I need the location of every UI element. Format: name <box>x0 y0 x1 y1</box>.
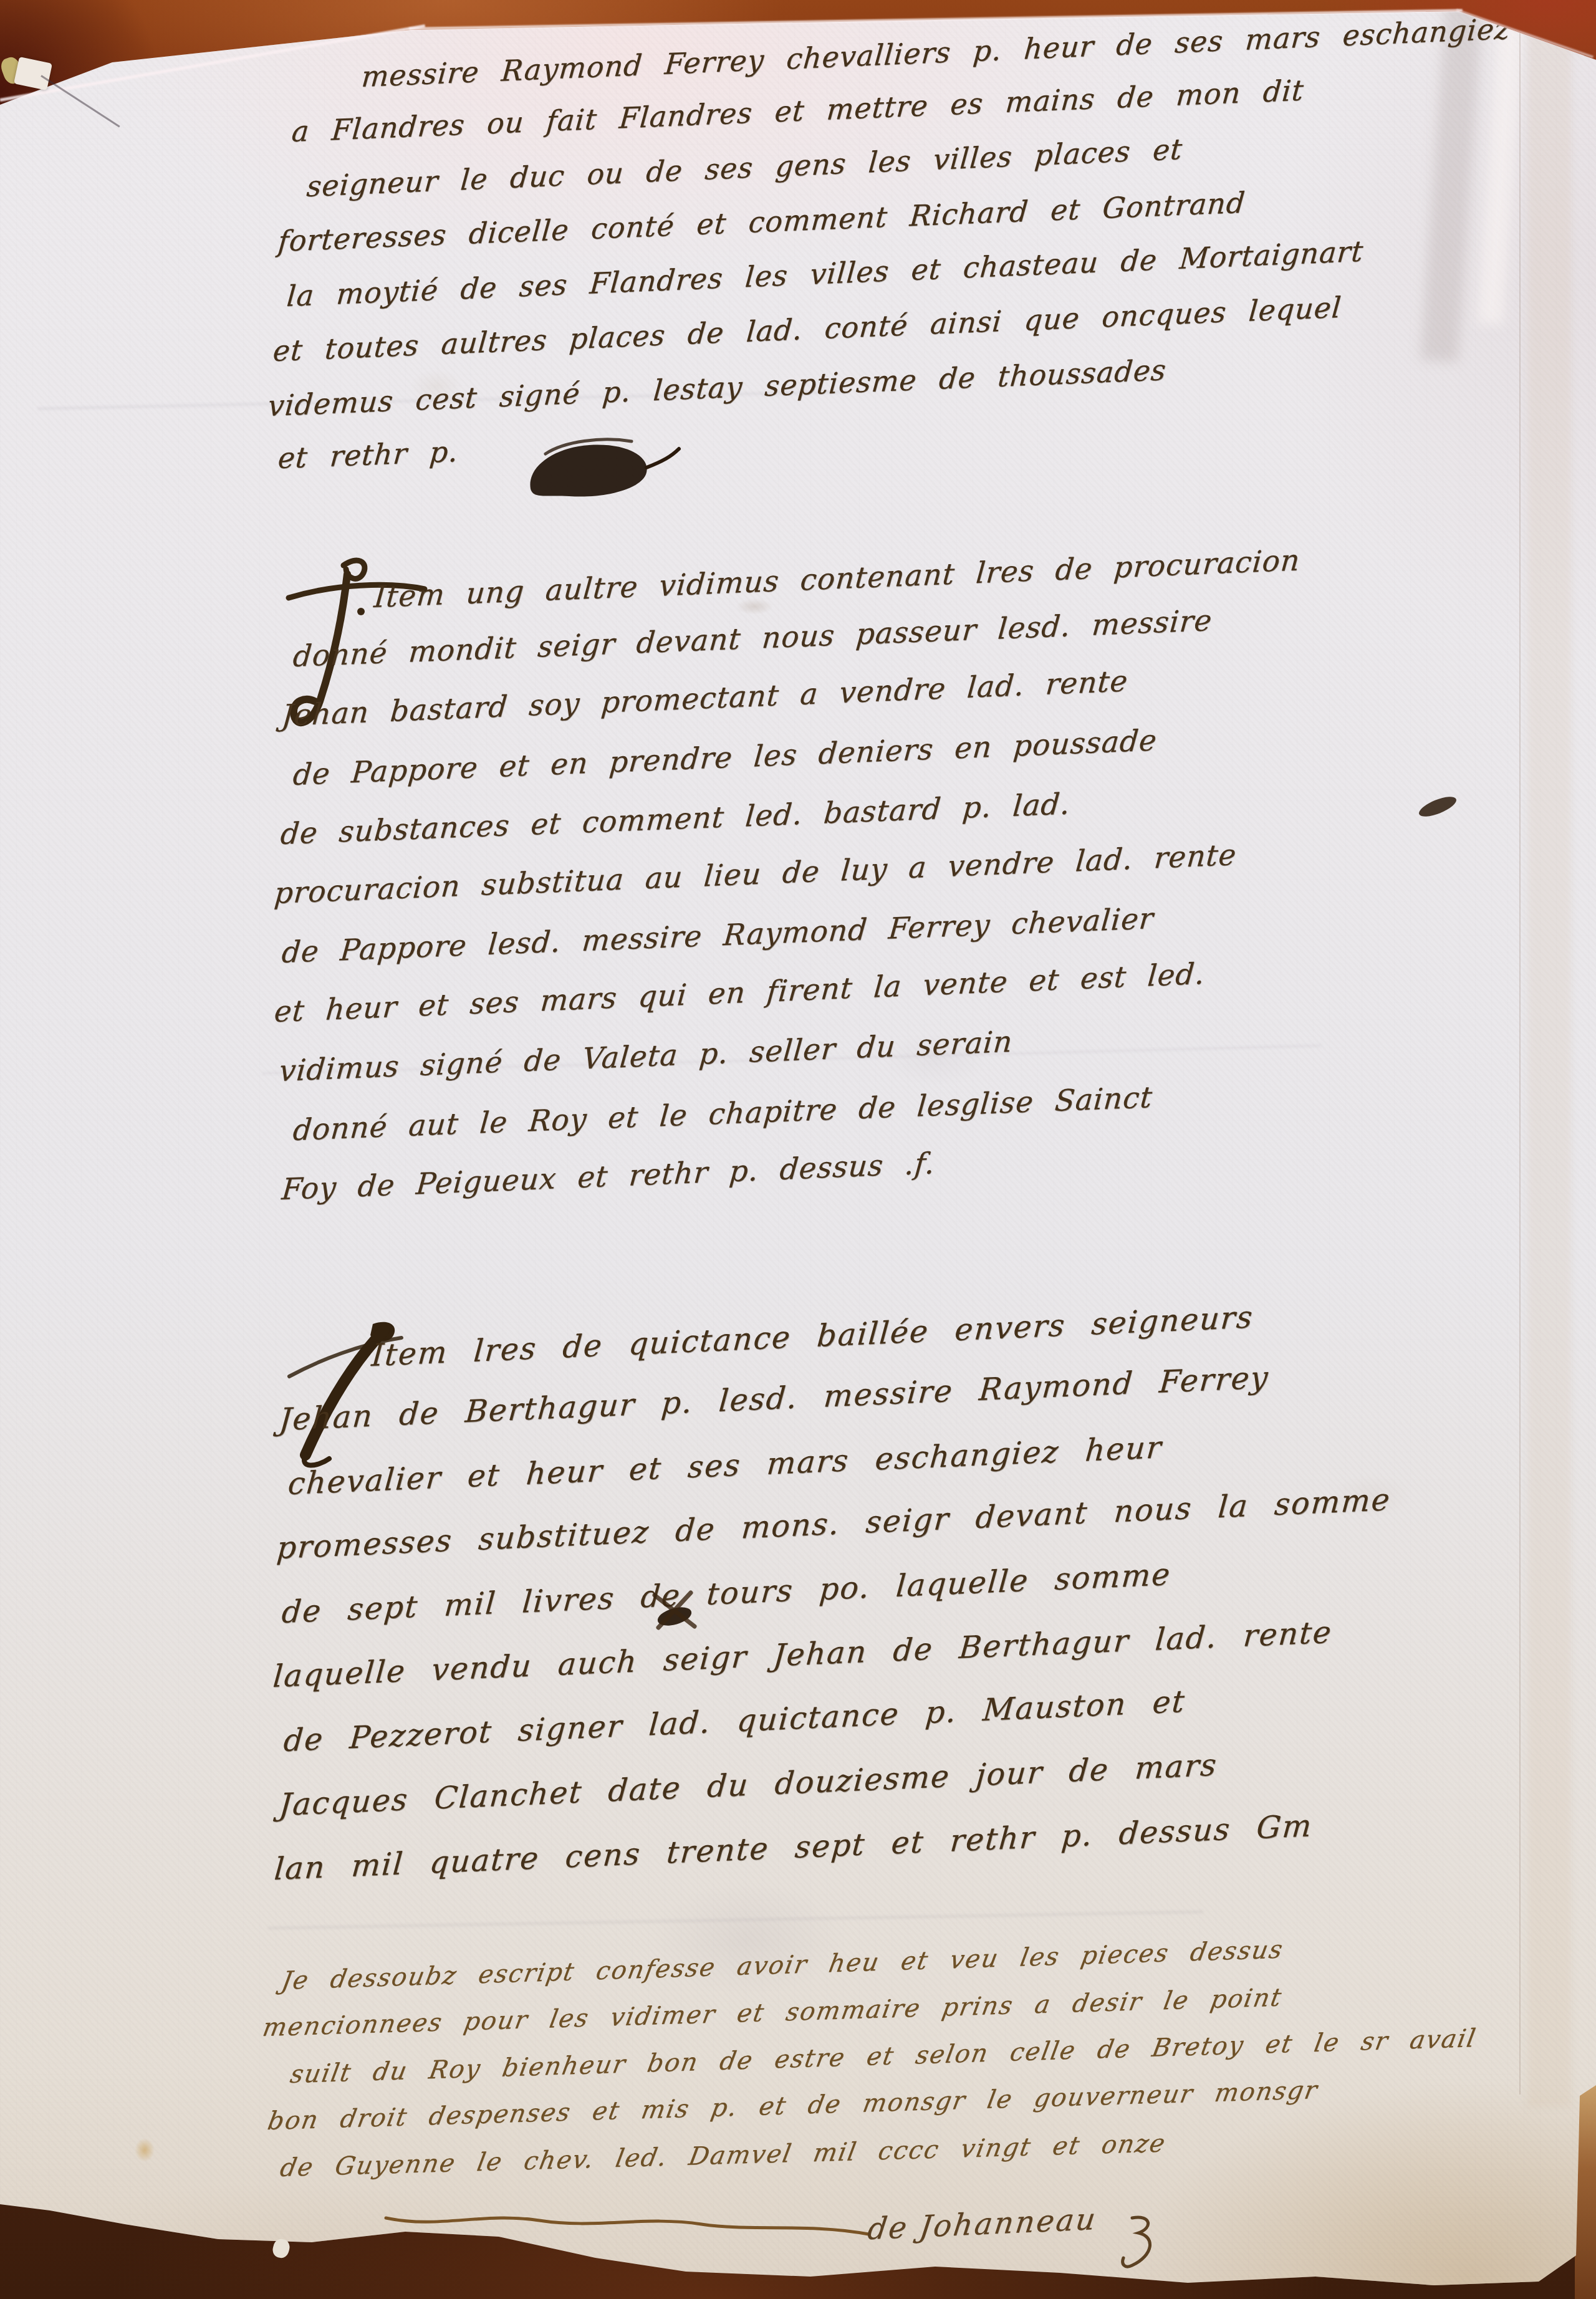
fold-tan-band <box>1527 0 1571 2107</box>
vertical-fold-crease <box>1519 0 1521 2095</box>
paraph-flourish <box>508 429 695 535</box>
ink-blot <box>642 1586 711 1636</box>
manuscript-line: et rethr p. <box>277 437 459 473</box>
manuscript-photograph: messire Raymond Ferrey chevalliers p. he… <box>0 0 1596 2299</box>
signature-paraph <box>1116 2212 1166 2274</box>
paper-stain <box>736 598 773 615</box>
ink-blot <box>1414 793 1464 820</box>
manuscript-page: messire Raymond Ferrey chevalliers p. he… <box>0 0 1596 2299</box>
paper-stain <box>135 2138 155 2162</box>
